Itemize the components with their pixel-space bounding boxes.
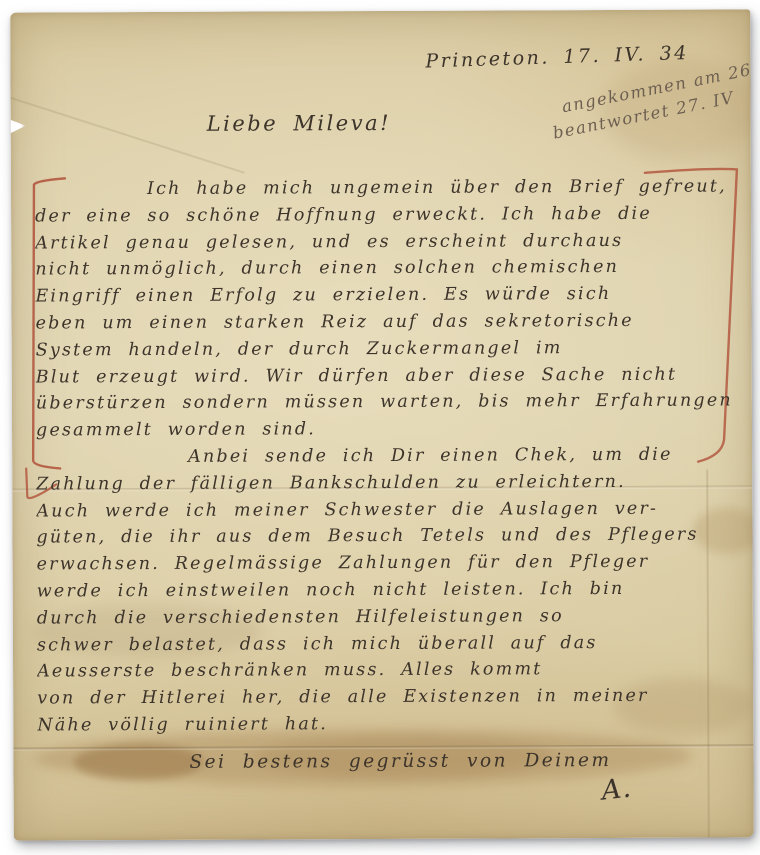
letter-line: Artikel genau gelesen, und es erscheint … — [35, 227, 739, 257]
letter-line: System handeln, der durch Zuckermangel i… — [36, 334, 740, 364]
received-note: angekommen am 26. beantwortet 27. IV — [560, 57, 754, 143]
letter-line: eben um einen starken Reiz auf das sekre… — [35, 307, 739, 337]
signature-initial: A. — [600, 772, 633, 806]
letter-line: der eine so schöne Hoffnung erweckt. Ich… — [35, 200, 739, 230]
letter-line: Ich habe mich ungemein über den Brief ge… — [35, 173, 739, 203]
closing-line: Sei bestens gegrüsst von Deinem — [189, 750, 611, 773]
stain-bottom-left-blotch — [73, 744, 203, 781]
letter-line: güten, die ihr aus dem Besuch Tetels und… — [36, 522, 740, 552]
letter-line: nicht unmöglich, durch einen solchen che… — [35, 254, 739, 284]
letter-photo: Princeton. 17. IV. 34 angekommen am 26. … — [0, 0, 760, 855]
letter-line: Aeusserste beschränken muss. Alles kommt — [37, 656, 741, 686]
dateline: Princeton. 17. IV. 34 — [425, 42, 689, 72]
fold-crease-lower — [13, 744, 753, 750]
letter-line: Blut erzeugt wird. Wir dürfen aber diese… — [36, 361, 740, 391]
letter-line: gesammelt worden sind. — [36, 415, 740, 445]
letter-line: Eingriff einen Erfolg zu erzielen. Es wü… — [35, 281, 739, 311]
letter-line: werde ich einstweilen noch nicht leisten… — [37, 575, 741, 605]
letter-line: durch die verschiedensten Hilfeleistunge… — [37, 602, 741, 632]
letter-line: überstürzen sondern müssen warten, bis m… — [36, 388, 740, 418]
letter-line: von der Hitlerei her, die alle Existenze… — [37, 683, 741, 713]
paper-tear-notch — [10, 119, 26, 135]
letter-line: erwachsen. Regelmässige Zahlungen für de… — [37, 549, 741, 579]
letter-line: Zahlung der fälligen Bankschulden zu erl… — [36, 468, 740, 498]
letter-line: Auch werde ich meiner Schwester die Ausl… — [36, 495, 740, 525]
letter-line: Nähe völlig ruiniert hat. — [37, 709, 741, 739]
letter-body: Ich habe mich ungemein über den Brief ge… — [35, 173, 741, 739]
salutation: Liebe Mileva! — [207, 111, 391, 136]
letter-line: Anbei sende ich Dir einen Chek, um die — [36, 441, 740, 471]
letter-paper: Princeton. 17. IV. 34 angekommen am 26. … — [10, 9, 754, 840]
letter-line: schwer belastet, dass ich mich überall a… — [37, 629, 741, 659]
